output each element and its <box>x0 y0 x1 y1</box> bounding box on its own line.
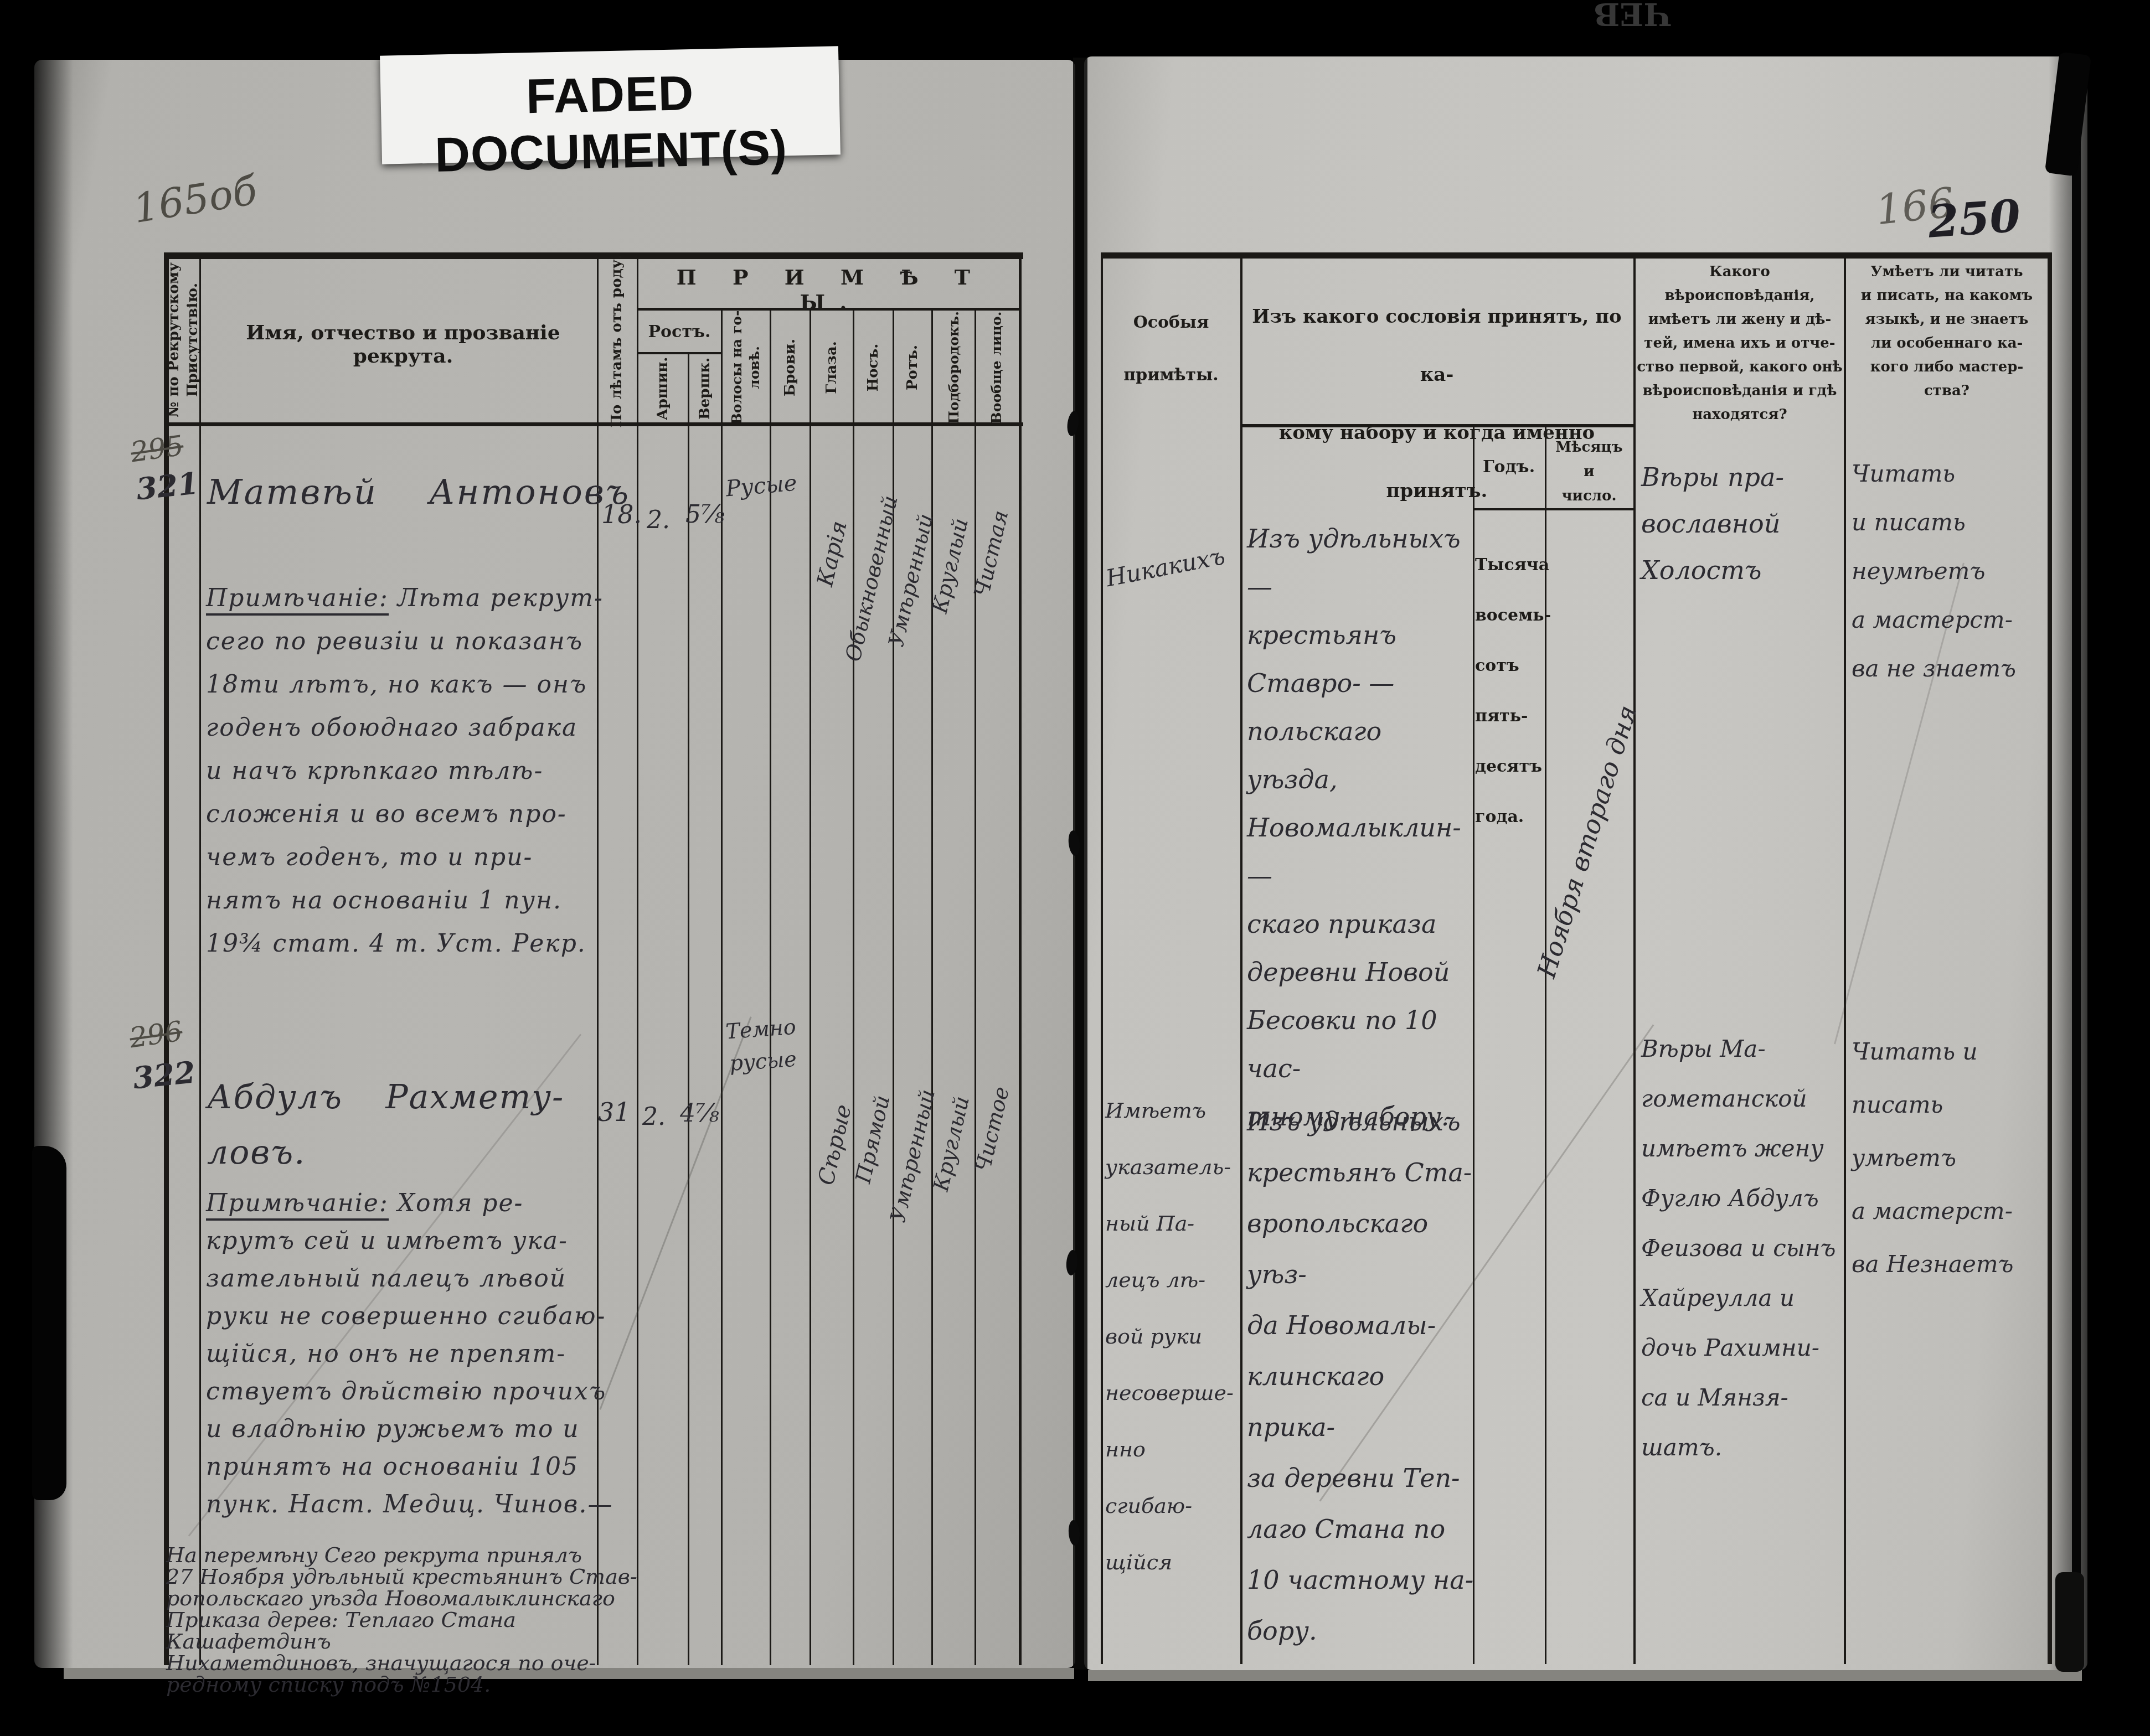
table-line <box>688 353 689 1665</box>
right-folio-number-ink: 250 <box>1926 189 2022 247</box>
record1-note: Примѣчаніе: Лѣта рекрут- сего по ревизіи… <box>206 577 616 965</box>
record2-arshin: 2. <box>642 1103 666 1131</box>
header-height-group: Ростъ. <box>638 322 721 342</box>
table-line <box>1633 256 1636 1664</box>
record1-note-first-line: Примѣчаніе: Лѣта рекрут- <box>206 577 616 620</box>
header-vershok-column: Вершк. <box>697 358 713 420</box>
record2-note-label: Примѣчаніе: <box>206 1189 389 1221</box>
left-edge-tear <box>32 1146 66 1500</box>
table-line <box>637 256 638 1665</box>
record2-name: Абдулъ Рахмету-ловъ. <box>207 1069 595 1180</box>
record2-number-new: 322 <box>131 1054 197 1096</box>
header-year-subcolumn: Годъ. <box>1474 457 1544 477</box>
record2-note-lines: крутъ сей и имѣетъ ука-зательный палецъ … <box>206 1222 627 1523</box>
record2-faith: Вѣры Ма-гометанскойимѣетъ женуФуглю Абду… <box>1641 1024 1843 1472</box>
header-arshin-column: Аршин. <box>654 357 671 421</box>
right-page-bottom-edge <box>1088 1670 2082 1681</box>
faded-document-label-text: FADED DOCUMENT(S) <box>380 61 841 184</box>
record2-special-marks: Имѣетъуказатель-ный Па-лецъ лѣ-вой рукин… <box>1105 1082 1238 1590</box>
table-line <box>1844 256 1846 1664</box>
table-line <box>1240 256 1242 1664</box>
record1-number-new: 321 <box>135 465 200 507</box>
table-line <box>199 256 201 1665</box>
table-line <box>2048 252 2052 1664</box>
page-gutter <box>1073 58 1087 1670</box>
right-edge-blob-bottom <box>2055 1572 2084 1672</box>
record1-vershok: 5⅞ <box>685 500 725 529</box>
header-brows-column: Брови. <box>782 339 798 396</box>
record2-age: 31 <box>598 1097 631 1127</box>
record1-note-intro: Лѣта рекрут- <box>398 584 604 612</box>
record1-faith: Вѣры пра-вославнойХолостъ <box>1641 454 1840 593</box>
record1-literacy: Читатьи писатьнеумѣетъа мастерст-ва не з… <box>1852 449 2045 693</box>
table-line <box>853 309 854 1665</box>
right-edge-shadow <box>2049 56 2087 1670</box>
record2-note: Примѣчаніе: Хотя ре- крутъ сей и имѣетъ … <box>206 1185 627 1523</box>
table-line <box>164 252 1023 259</box>
header-name-column: Имя, отчество и прозваніе рекрута. <box>210 321 596 368</box>
header-age-column: По лѣтамъ отъ роду. <box>609 254 625 427</box>
record2-note-first-line: Примѣчаніе: Хотя ре- <box>206 1185 627 1222</box>
table-line <box>164 422 1023 426</box>
header-special-marks-column: Особыяпримѣты. <box>1103 296 1239 401</box>
table-line <box>1019 252 1022 1665</box>
record2-note-intro: Хотя ре- <box>398 1189 524 1217</box>
record1-age: 18. <box>601 499 642 529</box>
record1-note-lines: сего по ревизіи и показанъ18ти лѣтъ, но … <box>206 620 616 965</box>
table-line <box>931 309 933 1665</box>
top-edge-fragment: ЧЕВ <box>1594 0 1672 32</box>
header-recruit-number-column: № по РекрутскомуПрисутствію. <box>164 262 202 417</box>
record2-literacy: Читать иписатьумѣетъа мастерст-ва Незнае… <box>1852 1025 2045 1291</box>
table-line <box>637 352 721 354</box>
faded-document-label: FADED DOCUMENT(S) <box>380 46 841 164</box>
record2-estate: Изъ удѣльныхъкрестьянъ Ста-вропольскаго … <box>1247 1096 1474 1656</box>
header-nose-column: Носъ. <box>865 344 881 392</box>
scanned-document-canvas: ЧЕВ FADED DOCUMENT(S) 165об 166 250 № по… <box>0 0 2150 1736</box>
table-line <box>164 252 169 1665</box>
record2-addendum: На перемѣну Сего рекрута принялъ27 Ноябр… <box>166 1544 664 1696</box>
record1-year: Тысячавосемь-сотъ пять-десятъгода. <box>1475 540 1545 842</box>
table-line <box>975 309 976 1665</box>
header-hair-column: Волосы на го-ловѣ. <box>728 311 764 425</box>
record1-estate: Изъ удѣльныхъ —крестьянъ Ставро- —польск… <box>1247 515 1474 1141</box>
table-line <box>770 309 771 1665</box>
record1-note-label: Примѣчаніе: <box>206 584 389 616</box>
header-month-subcolumn: Мѣсяцъичисло. <box>1546 435 1632 508</box>
header-mouth-column: Ротъ. <box>904 345 921 390</box>
right-edge-streak <box>2072 83 2081 1666</box>
record1-name: Матвѣй Антоновъ <box>207 472 630 512</box>
header-primety-group: П Р И М Ѣ Т Ы. <box>642 265 1019 314</box>
table-line <box>1101 252 1103 1664</box>
header-literacy-column: Умѣетъ ли читатьи писать, на какомъязыкѣ… <box>1847 260 2046 403</box>
table-line <box>1101 252 2052 259</box>
header-chin-column: Подбородокъ. <box>946 311 962 424</box>
record1-arshin: 2. <box>647 506 670 534</box>
header-eyes-column: Глаза. <box>823 341 840 394</box>
header-face-column: Вообще лицо. <box>988 312 1004 424</box>
table-line <box>810 309 811 1665</box>
header-faith-column: Какого вѣроисповѣданія,имѣетъ ли жену и … <box>1637 260 1843 427</box>
